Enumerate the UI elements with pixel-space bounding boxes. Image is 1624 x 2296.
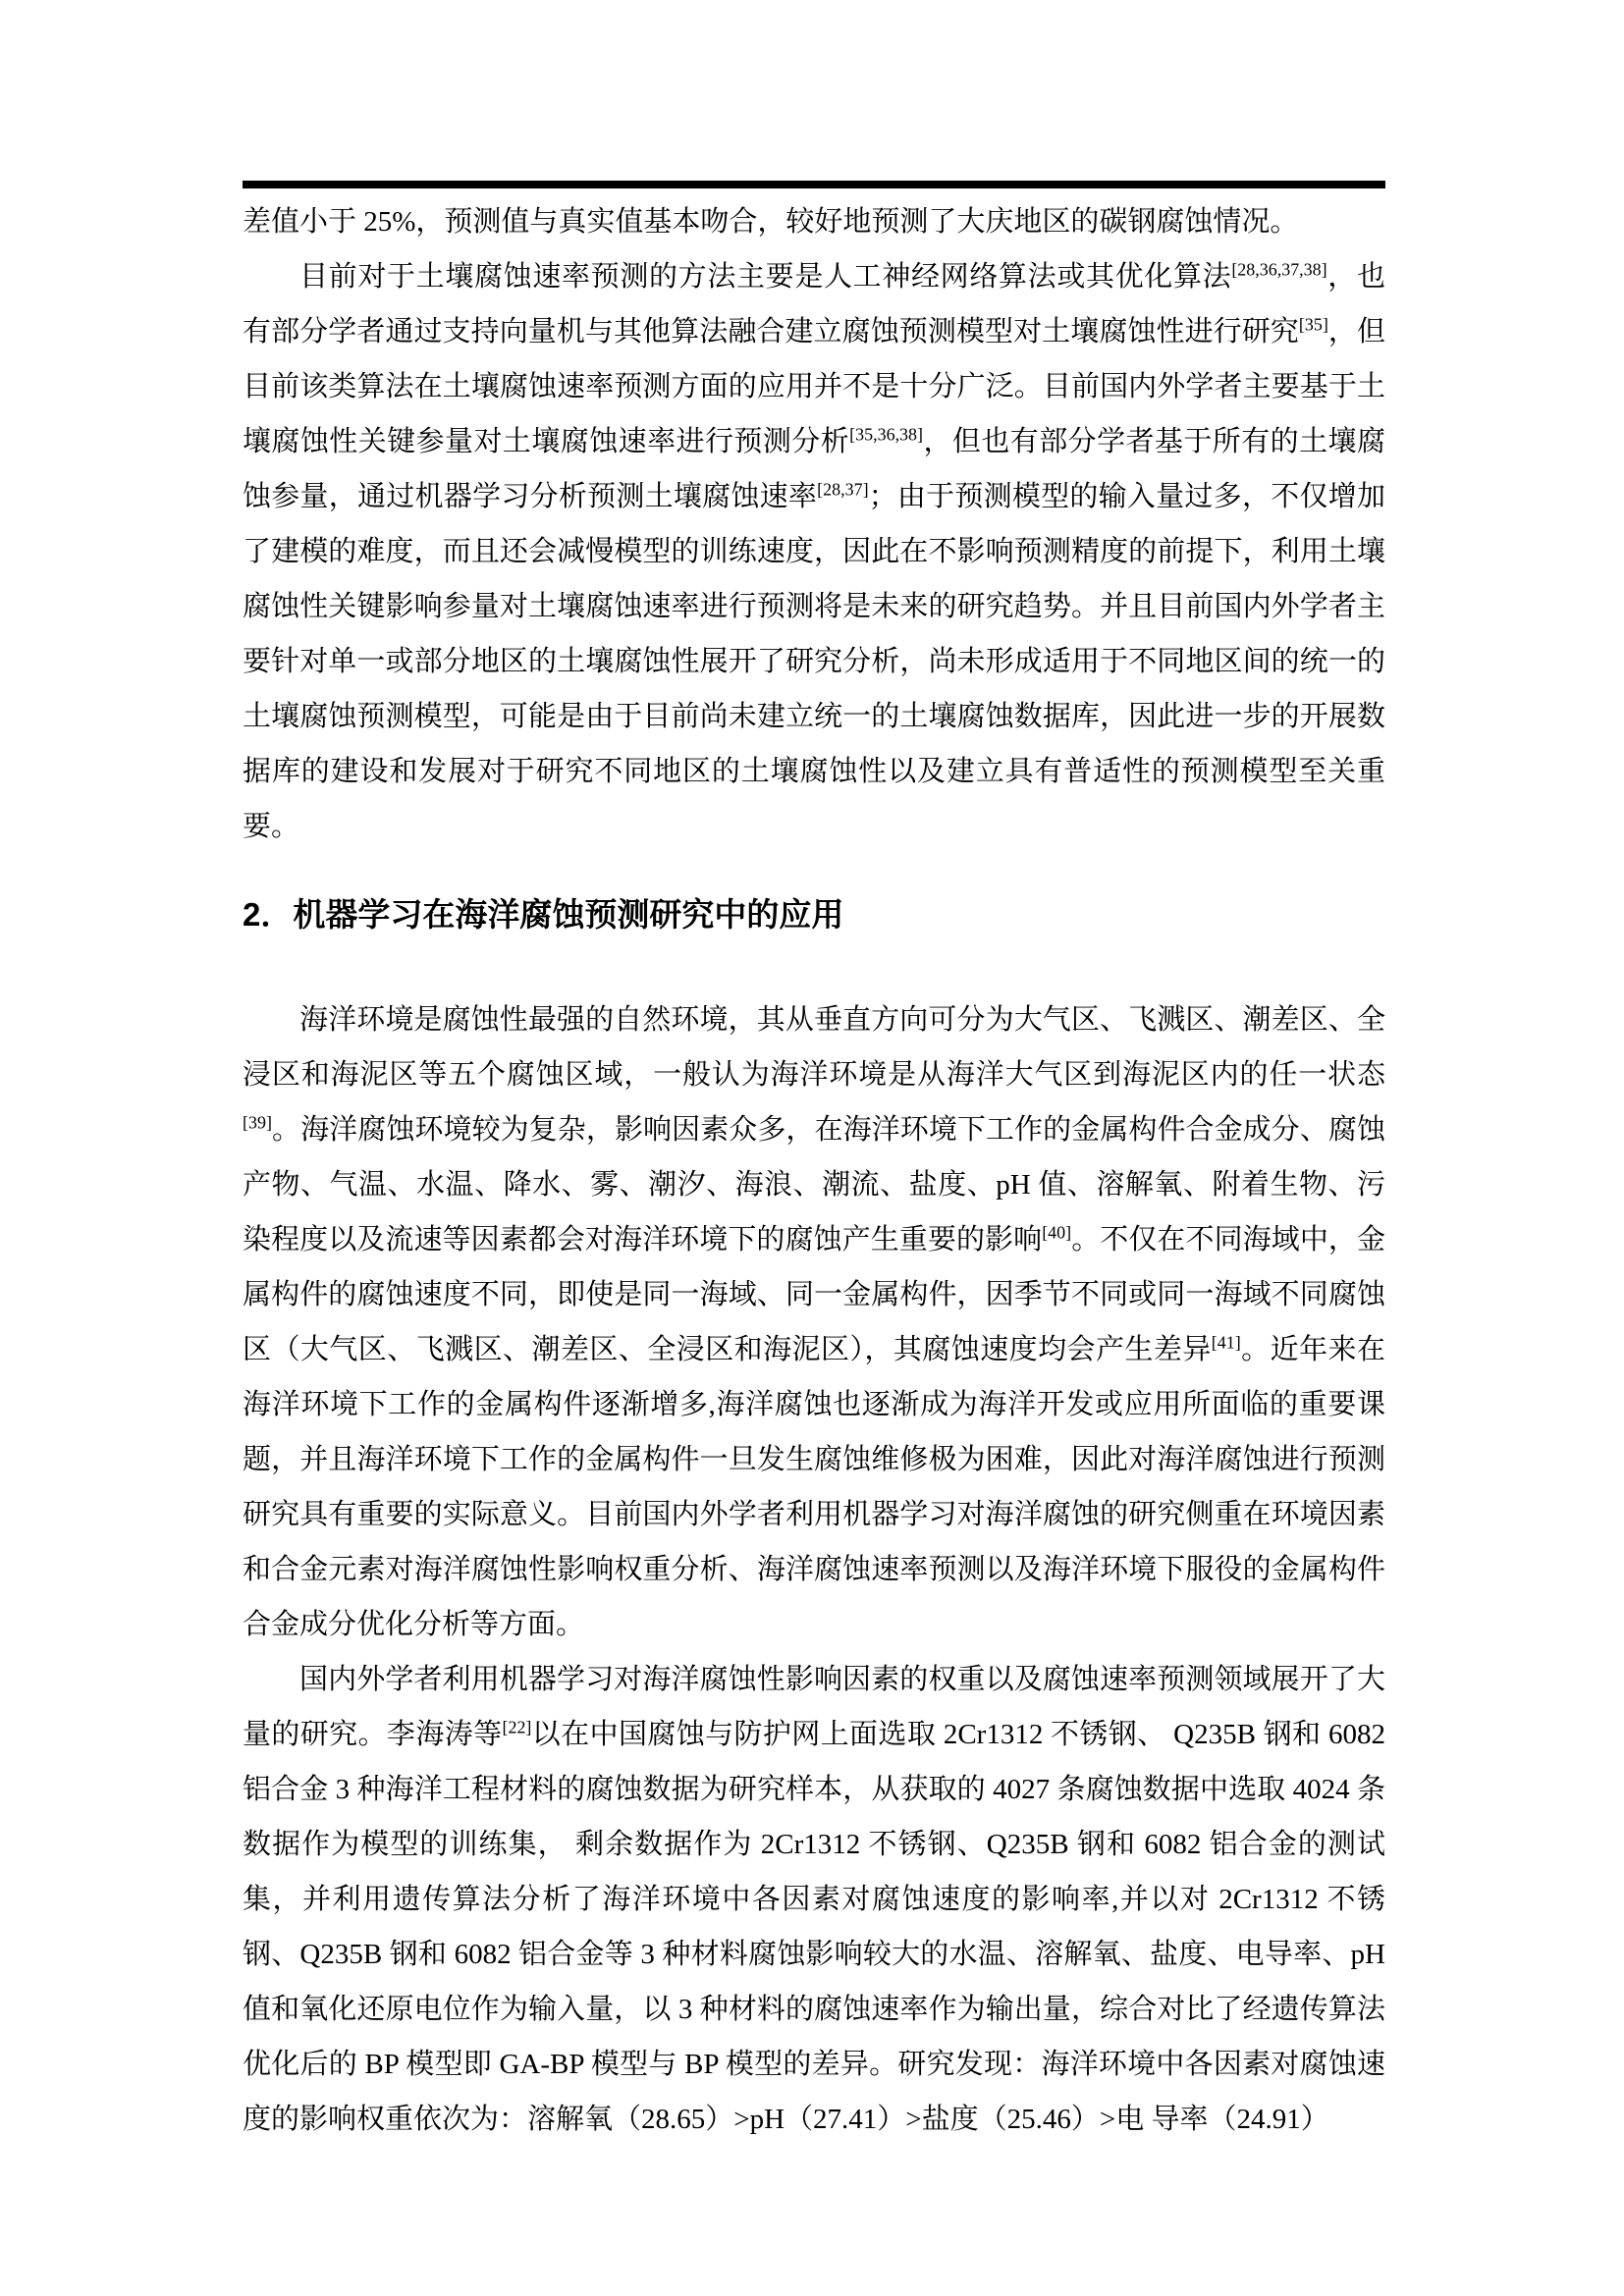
citation-ref: [35,36,38] (849, 424, 923, 444)
citation-ref: [22] (502, 1717, 531, 1736)
citation-ref: [28,37] (817, 479, 868, 499)
citation-ref: [35] (1299, 314, 1328, 334)
paragraph: 海洋环境是腐蚀性最强的自然环境，其从垂直方向可分为大气区、飞溅区、潮差区、全浸区… (243, 992, 1385, 1652)
paragraph: 目前对于土壤腐蚀速率预测的方法主要是人工神经网络算法或其优化算法[28,36,3… (243, 249, 1385, 854)
document-page: 差值小于 25%，预测值与真实值基本吻合，较好地预测了大庆地区的碳钢腐蚀情况。目… (0, 0, 1624, 2296)
section-heading: 2．机器学习在海洋腐蚀预测研究中的应用 (243, 887, 1385, 941)
document-body: 差值小于 25%，预测值与真实值基本吻合，较好地预测了大庆地区的碳钢腐蚀情况。目… (243, 194, 1385, 2147)
paragraph: 国内外学者利用机器学习对海洋腐蚀性影响因素的权重以及腐蚀速率预测领域展开了大量的… (243, 1652, 1385, 2147)
citation-ref: [28,36,37,38] (1231, 259, 1326, 279)
paragraph: 差值小于 25%，预测值与真实值基本吻合，较好地预测了大庆地区的碳钢腐蚀情况。 (243, 194, 1385, 249)
header-rule (243, 181, 1385, 188)
citation-ref: [40] (1042, 1222, 1071, 1242)
citation-ref: [39] (243, 1112, 272, 1132)
citation-ref: [41] (1212, 1332, 1241, 1352)
